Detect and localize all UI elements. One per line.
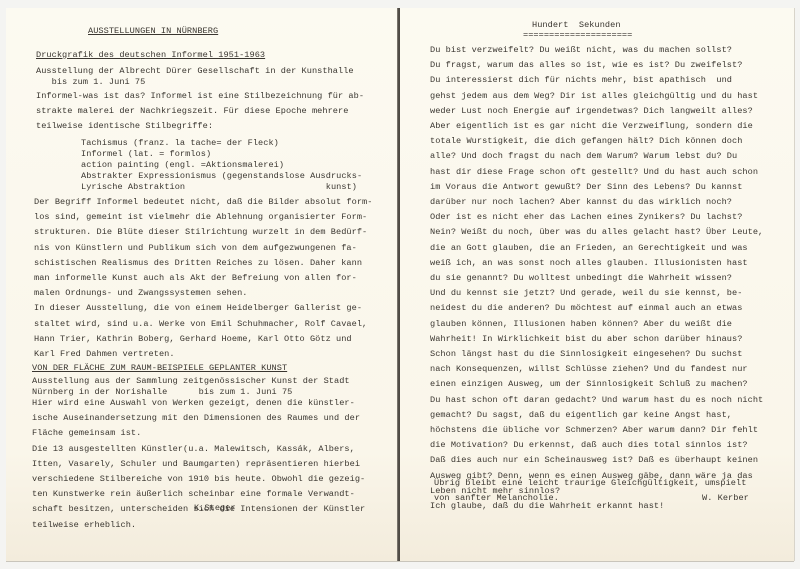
section2-subtitle: Ausstellung aus der Sammlung zeitgenössi… — [32, 376, 350, 398]
right-page-author: W. Kerber — [702, 491, 749, 506]
left-page: AUSSTELLUNGEN IN NÜRNBERG Druckgrafik de… — [6, 8, 398, 561]
section2-author: K.Steger — [194, 501, 236, 516]
section1-body: Der Begriff Informel bedeutet nicht, daß… — [34, 195, 372, 362]
title-rule: ===================== — [523, 30, 632, 41]
left-page-heading: AUSSTELLUNGEN IN NÜRNBERG — [88, 24, 218, 39]
right-page-closing: Übrig bleibt eine leicht traurige Gleich… — [434, 476, 746, 506]
right-page: Hundert Sekunden ===================== D… — [400, 8, 794, 561]
right-page-body: Du bist verzweifelt? Du weißt nicht, was… — [430, 43, 763, 514]
section1-subtitle: Ausstellung der Albrecht Dürer Gesellsch… — [36, 66, 354, 88]
book-spread: AUSSTELLUNGEN IN NÜRNBERG Druckgrafik de… — [6, 8, 794, 561]
section2-title: VON DER FLÄCHE ZUM RAUM-BEISPIELE GEPLAN… — [32, 361, 287, 376]
style-terms-list: Tachismus (franz. la tache= der Fleck) I… — [81, 138, 362, 193]
section1-title: Druckgrafik des deutschen Informel 1951-… — [36, 48, 265, 63]
section1-intro: Informel-was ist das? Informel ist eine … — [36, 89, 364, 135]
